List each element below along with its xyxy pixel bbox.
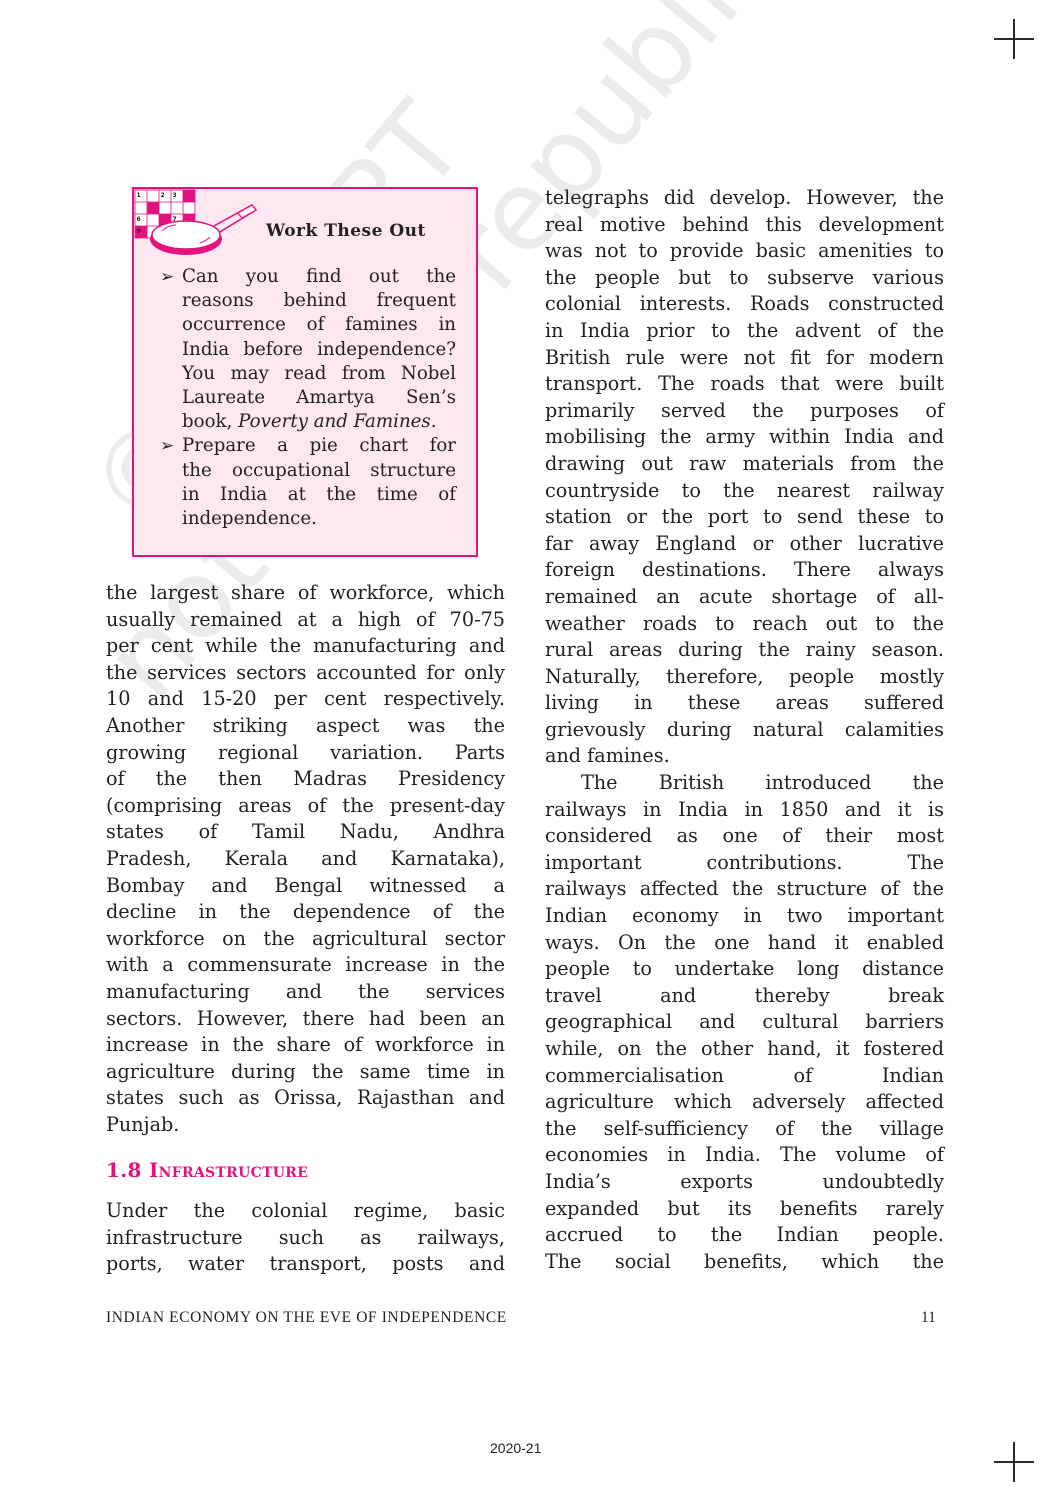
question-item-1: ➢ Can you find out the reasons behind fr… [160,265,456,434]
text-line: people to undertake long distance [545,956,944,983]
text-line: travel and thereby break [545,983,944,1010]
text-line: the services sectors accounted for only [106,660,505,687]
arrowhead-bullet-icon: ➢ [160,265,174,289]
text-line: real motive behind this development [545,212,944,239]
book-title: Poverty and Famines [238,411,431,432]
text-line: foreign destinations. There always [545,557,944,584]
box-title: Work These Out [266,221,426,241]
text-line: while, on the other hand, it fostered [545,1036,944,1063]
text-line: agriculture which adversely affected [545,1089,944,1116]
text-line: drawing out raw materials from the [545,451,944,478]
text-line: Pradesh, Kerala and Karnataka), [106,846,505,873]
crop-mark-top-right-icon [994,19,1034,59]
text-line: per cent while the manufacturing and [106,633,505,660]
text-line: considered as one of their most [545,823,944,850]
text-line: expanded but its benefits rarely [545,1196,944,1223]
text-line: grievously during natural calamities [545,717,944,744]
text-line: of the then Madras Presidency [106,766,505,793]
question-2-line: the occupational structure [182,459,456,483]
text-line: usually remained at a high of 70-75 [106,607,505,634]
text-line: with a commensurate increase in the [106,952,505,979]
text-line: geographical and cultural barriers [545,1009,944,1036]
section-heading-infrastructure: 1.8 Infrastructure [106,1158,308,1182]
question-2-line: Prepare a pie chart for [182,434,456,458]
text-line: Another striking aspect was the [106,713,505,740]
text-line: states such as Orissa, Rajasthan and [106,1085,505,1112]
running-footer-title: INDIAN ECONOMY ON THE EVE OF INDEPENDENC… [106,1309,507,1327]
text-line: remained an acute shortage of all- [545,584,944,611]
text-line: the self-sufficiency of the village [545,1116,944,1143]
text-line: workforce on the agricultural sector [106,926,505,953]
question-1-line: occurrence of famines in [182,313,456,337]
text-line: transport. The roads that were built [545,371,944,398]
text-line: ports, water transport, posts and [106,1251,505,1278]
text-line: living in these areas suffered [545,690,944,717]
text-line: railways affected the structure of the [545,876,944,903]
text-line: Bombay and Bengal witnessed a [106,873,505,900]
text-line: economies in India. The volume of [545,1142,944,1169]
text-line: Under the colonial regime, basic [106,1198,505,1225]
text-line: ways. On the one hand it enabled [545,930,944,957]
svg-text:2: 2 [161,192,165,199]
question-1-line: India before independence? [182,338,456,362]
section-title: Infrastructure [149,1158,308,1182]
right-paragraph-1: telegraphs did develop. However, the rea… [545,185,944,770]
text-line: Naturally, therefore, people mostly [545,664,944,691]
text-line: (comprising areas of the present-day [106,793,505,820]
text-line: primarily served the purposes of [545,398,944,425]
text-line: India’s exports undoubtedly [545,1169,944,1196]
text-line: mobilising the army within India and [545,424,944,451]
text-line: countryside to the nearest railway [545,478,944,505]
text-line: in India prior to the advent of the [545,318,944,345]
text-line: and famines. [545,743,944,770]
text-line: The British introduced the [545,770,944,797]
text-line: manufacturing and the services [106,979,505,1006]
arrowhead-bullet-icon: ➢ [160,434,174,458]
left-column-paragraph: the largest share of workforce, which us… [106,580,505,1138]
text-line: sectors. However, there had been an [106,1006,505,1033]
svg-text:9: 9 [137,228,141,235]
text-line: railways in India in 1850 and it is [545,797,944,824]
text-line: was not to provide basic amenities to [545,238,944,265]
book-suffix: . [431,411,437,432]
text-line: The social benefits, which the [545,1249,944,1276]
text-line: 10 and 15-20 per cent respectively. [106,686,505,713]
text-line: colonial interests. Roads constructed [545,291,944,318]
question-1-line: reasons behind frequent [182,289,456,313]
text-line: commercialisation of Indian [545,1063,944,1090]
text-line: growing regional variation. Parts [106,740,505,767]
text-line: infrastructure such as railways, [106,1225,505,1252]
right-column: telegraphs did develop. However, the rea… [545,185,944,1275]
question-2-line: independence. [182,507,456,531]
question-1-line: Laureate Amartya Sen’s [182,386,456,410]
text-line: Punjab. [106,1112,505,1139]
text-line: rural areas during the rainy season. [545,637,944,664]
text-line: British rule were not fit for modern [545,345,944,372]
text-line: states of Tamil Nadu, Andhra [106,819,505,846]
svg-text:3: 3 [173,192,177,199]
text-line: the largest share of workforce, which [106,580,505,607]
text-line: accrued to the Indian people. [545,1222,944,1249]
question-item-2: ➢ Prepare a pie chart for the occupation… [160,434,456,531]
crop-mark-bottom-right-icon [994,1442,1034,1482]
question-1-line: Can you find out the [182,265,456,289]
question-1-line: book, Poverty and Famines. [182,410,456,434]
page-number: 11 [921,1309,936,1327]
text-line: agriculture during the same time in [106,1059,505,1086]
infrastructure-intro-paragraph: Under the colonial regime, basic infrast… [106,1198,505,1278]
question-2-line: in India at the time of [182,483,456,507]
text-line: important contributions. The [545,850,944,877]
book-prefix: book, [182,411,238,432]
edition-year: 2020-21 [490,1440,541,1456]
work-these-out-box: 123 679 Work These Out ➢ Can you find ou… [132,187,478,557]
text-line: the people but to subserve various [545,265,944,292]
crossword-magnifier-icon: 123 679 [134,189,264,257]
text-line: far away England or other lucrative [545,531,944,558]
section-number: 1.8 [106,1158,142,1182]
text-line: decline in the dependence of the [106,899,505,926]
text-line: station or the port to send these to [545,504,944,531]
svg-text:1: 1 [137,192,141,199]
box-question-list: ➢ Can you find out the reasons behind fr… [160,265,456,531]
question-1-line: You may read from Nobel [182,362,456,386]
text-line: telegraphs did develop. However, the [545,185,944,212]
text-line: increase in the share of workforce in [106,1032,505,1059]
text-line: Indian economy in two important [545,903,944,930]
text-line: weather roads to reach out to the [545,611,944,638]
svg-text:6: 6 [137,216,141,223]
right-paragraph-2: The British introduced the railways in I… [545,770,944,1275]
